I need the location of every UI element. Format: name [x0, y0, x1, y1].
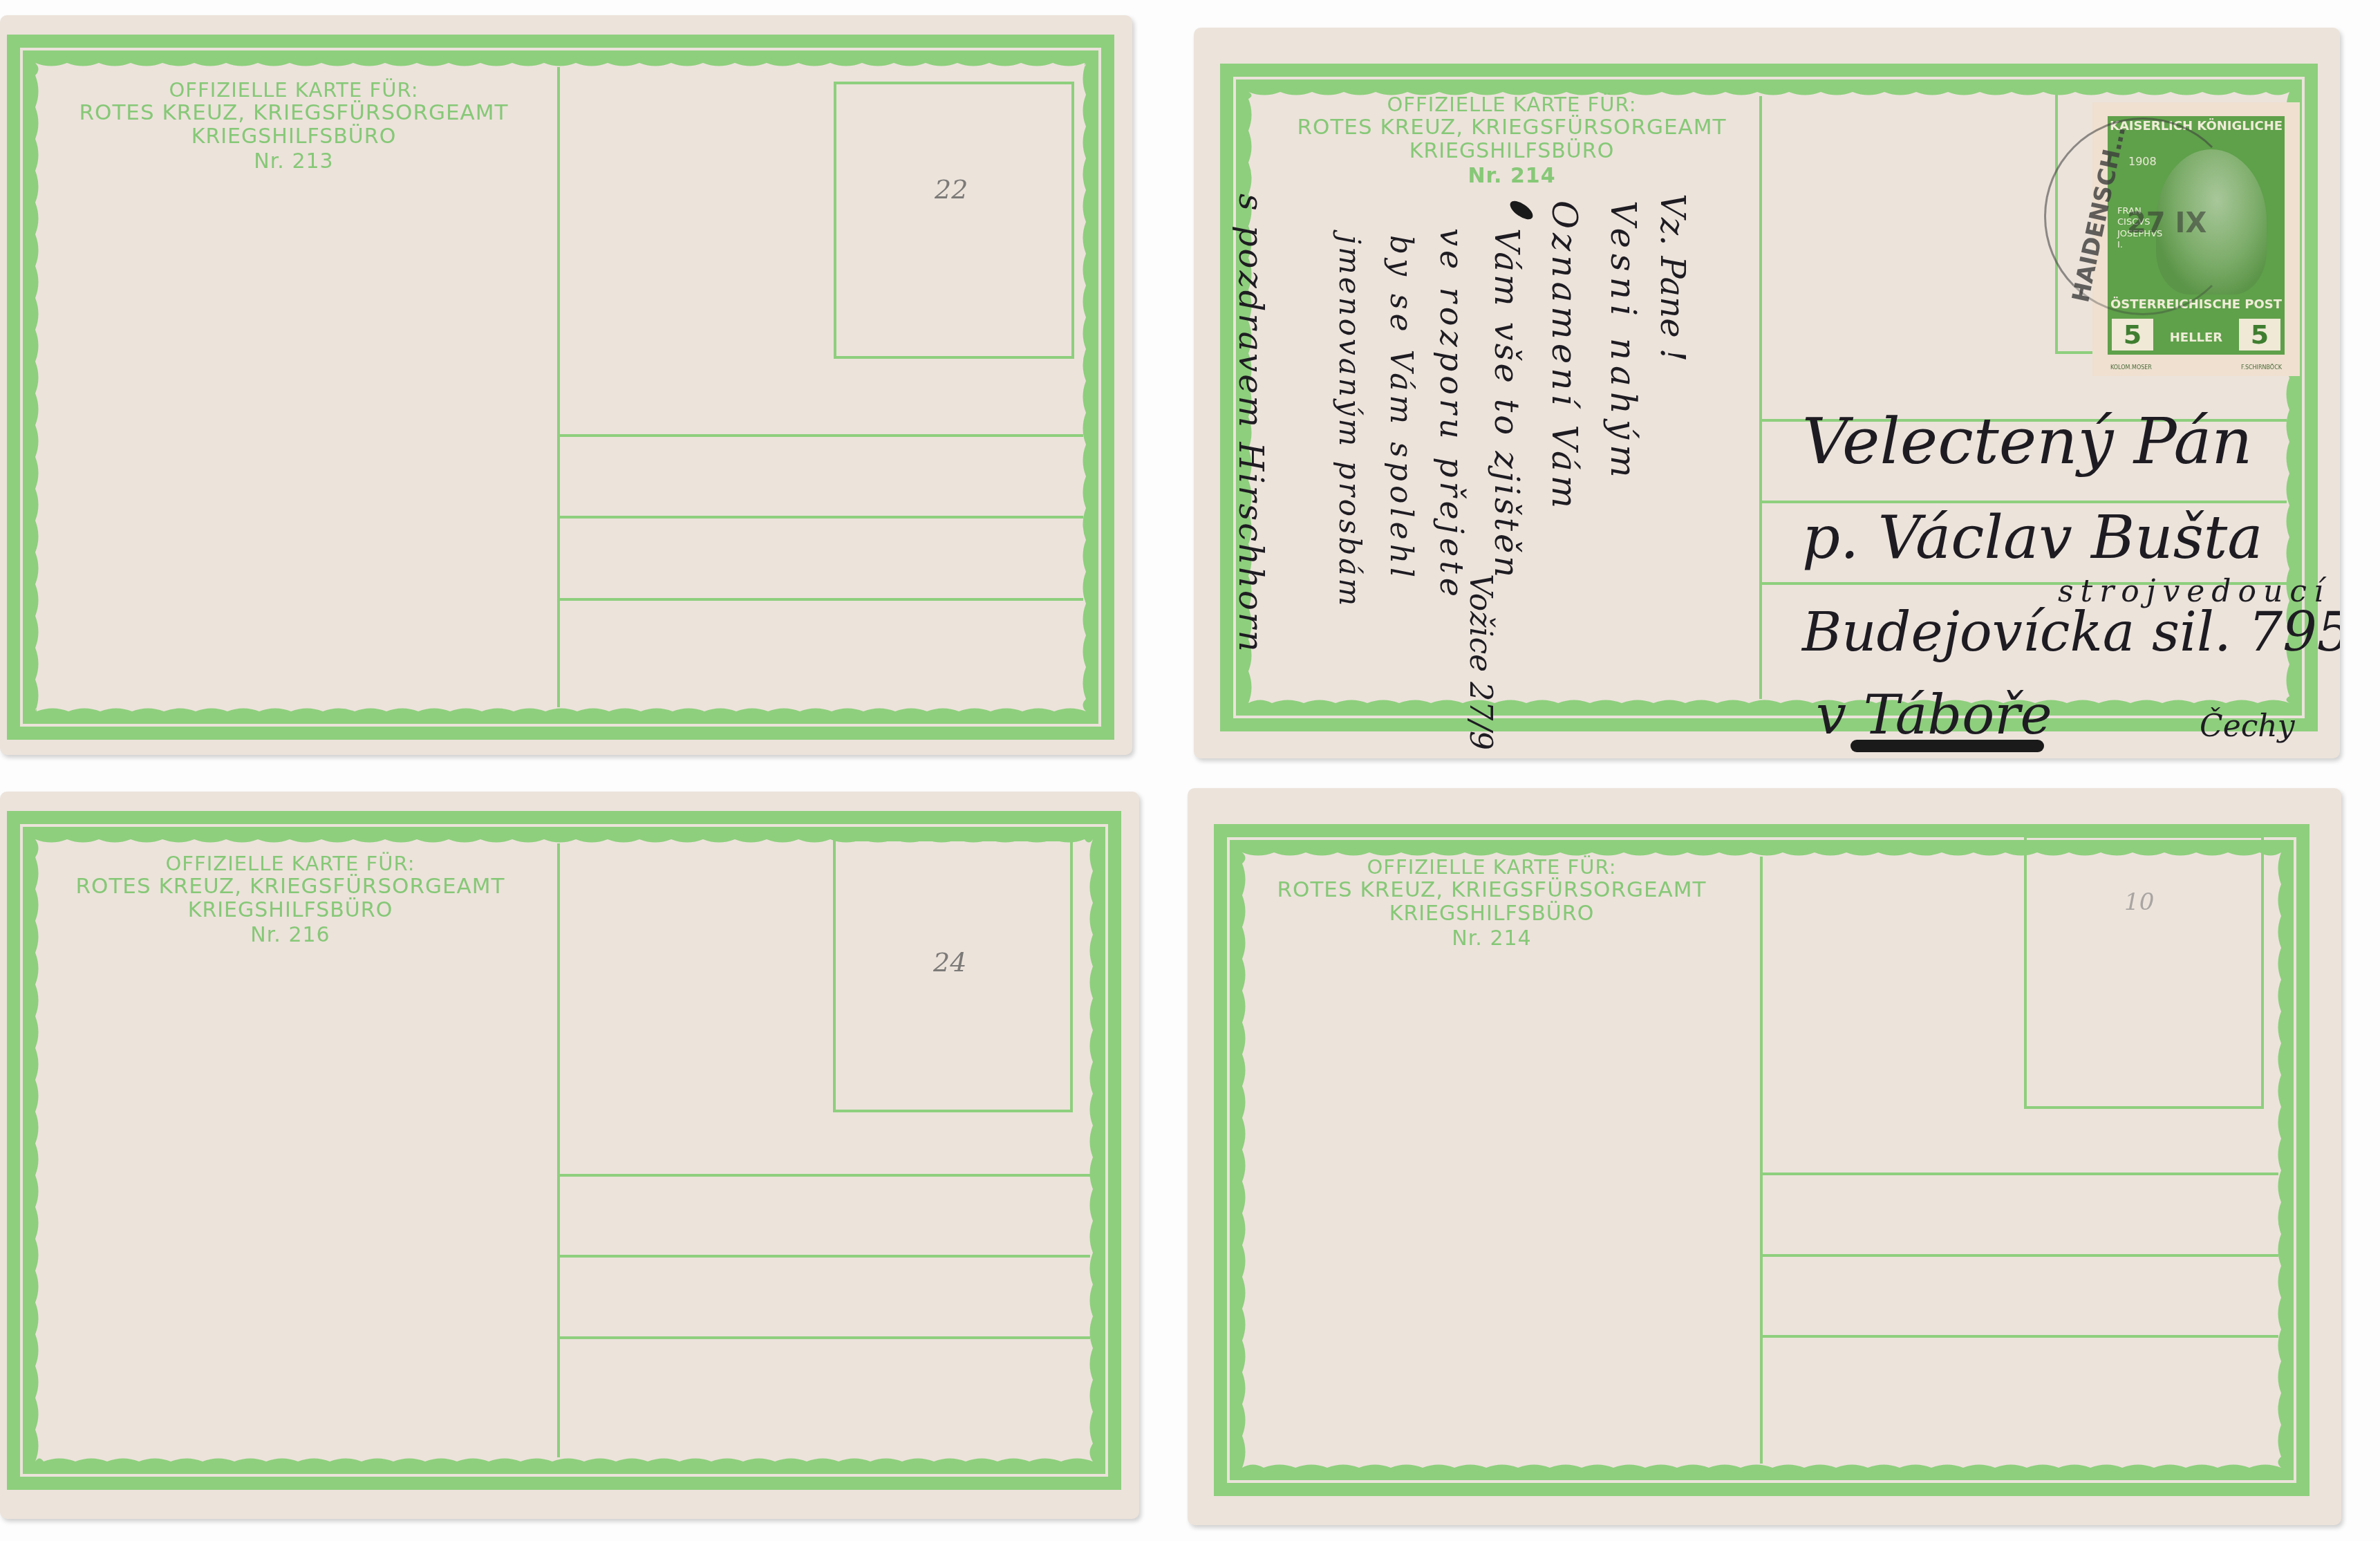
postcard-nr-214-written: OFFIZIELLE KARTE FÜR: ROTES KREUZ, KRIEG…: [1194, 28, 2340, 758]
card-number: Nr. 214: [1229, 927, 1754, 951]
card-header: OFFIZIELLE KARTE FÜR: ROTES KREUZ, KRIEG…: [28, 79, 560, 173]
header-line-2: ROTES KREUZ, KRIEGSFÜRSORGEAMT: [28, 875, 553, 899]
address-underline: [1850, 740, 2044, 752]
message-line: s pozdravem Hirschhorn: [1231, 194, 1270, 654]
message-line: Oznamení Vám: [1544, 200, 1584, 512]
card-header: OFFIZIELLE KARTE FÜR: ROTES KREUZ, KRIEG…: [28, 852, 553, 946]
address-line-6: Čechy: [2200, 709, 2295, 744]
ink-blot: [1507, 198, 1535, 223]
pencil-note: 10: [2124, 888, 2154, 916]
postcard-nr-214-blank: OFFIZIELLE KARTE FÜR: ROTES KREUZ, KRIEG…: [1188, 788, 2341, 1525]
message-line: Vz. Pane !: [1653, 194, 1692, 362]
address-line-1: Velectený Pán: [1802, 404, 2253, 478]
message-line: jmenovaným prosbám: [1333, 235, 1367, 608]
address-line-5: v Táboře: [1816, 684, 2052, 747]
stamp-designer-left: KOLOM.MOSER: [2110, 364, 2152, 371]
pencil-note: 22: [935, 174, 968, 205]
stamp-value-left: 5: [2112, 319, 2153, 351]
header-line-1: OFFIZIELLE KARTE FÜR:: [28, 79, 560, 101]
card-header: OFFIZIELLE KARTE FÜR: ROTES KREUZ, KRIEG…: [1229, 856, 1754, 950]
header-line-3: KRIEGSHILFSBÜRO: [28, 899, 553, 922]
card-number: Nr. 216: [28, 924, 553, 947]
header-line-3: KRIEGSHILFSBÜRO: [28, 125, 560, 149]
message-line: Vám vše to zjištěn: [1487, 228, 1526, 580]
postmark-date: 27 IX: [2127, 207, 2206, 239]
address-line-2: p. Václav Bušta: [1802, 503, 2263, 572]
message-line: ve rozporu přejete: [1433, 228, 1470, 601]
header-line-1: OFFIZIELLE KARTE FÜR:: [1229, 856, 1754, 878]
handwritten-message: Vožice 27/9 16 Vz. Pane ! Vesni nahým Oz…: [1194, 28, 1747, 758]
stamp-designer-right: F.SCHIRNBÖCK: [2241, 364, 2282, 371]
pencil-note: 24: [933, 947, 966, 978]
address-line-4: Budejovícka sil. 795: [1802, 601, 2340, 664]
message-line: by se Vám spolehl: [1383, 235, 1418, 581]
header-line-2: ROTES KREUZ, KRIEGSFÜRSORGEAMT: [1229, 878, 1754, 902]
message-date: Vožice 27/9 16: [1463, 574, 1498, 758]
postcard-nr-216: OFFIZIELLE KARTE FÜR: ROTES KREUZ, KRIEG…: [0, 792, 1139, 1519]
message-line: Vesni nahým: [1603, 200, 1643, 483]
card-number: Nr. 213: [28, 150, 560, 174]
postcard-nr-213: OFFIZIELLE KARTE FÜR: ROTES KREUZ, KRIEG…: [0, 15, 1132, 755]
header-line-2: ROTES KREUZ, KRIEGSFÜRSORGEAMT: [28, 101, 560, 125]
header-line-3: KRIEGSHILFSBÜRO: [1229, 902, 1754, 926]
stamp-value-right: 5: [2239, 319, 2280, 351]
header-line-1: OFFIZIELLE KARTE FÜR:: [28, 852, 553, 875]
stamp-currency: HELLER: [2156, 330, 2236, 345]
